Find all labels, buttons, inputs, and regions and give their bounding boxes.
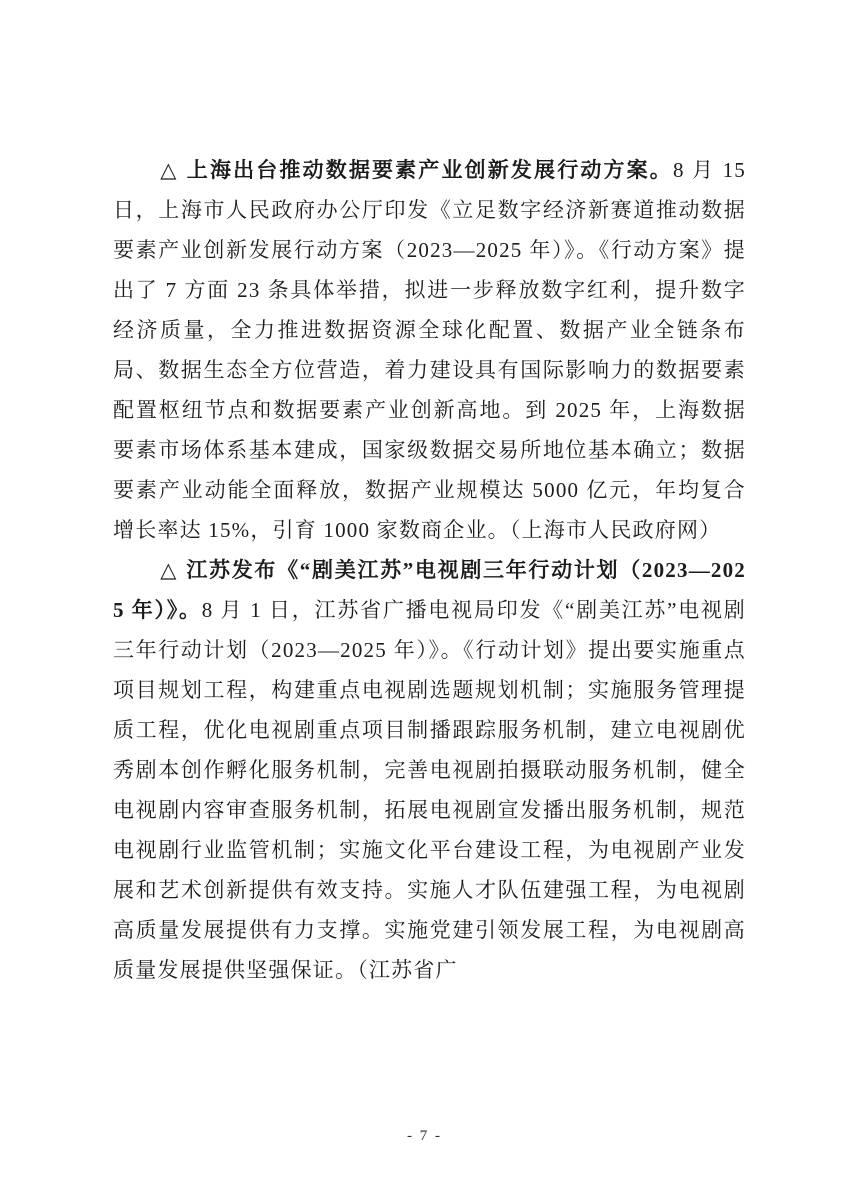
page-content: △上海出台推动数据要素产业创新发展行动方案。8 月 15 日，上海市人民政府办公…	[113, 150, 746, 990]
bulletin-body: 8 月 1 日，江苏省广播电视局印发《“剧美江苏”电视剧三年行动计划（2023—…	[113, 598, 746, 982]
triangle-marker: △	[160, 558, 177, 582]
bulletin-title: 上海出台推动数据要素产业创新发展行动方案。	[187, 158, 673, 182]
triangle-marker: △	[160, 158, 177, 182]
bulletin-body: 8 月 15 日，上海市人民政府办公厅印发《立足数字经济新赛道推动数据要素产业创…	[113, 158, 746, 542]
bulletin-item-shanghai: △上海出台推动数据要素产业创新发展行动方案。8 月 15 日，上海市人民政府办公…	[113, 150, 746, 550]
page-number: - 7 -	[0, 1126, 849, 1146]
document-page: △上海出台推动数据要素产业创新发展行动方案。8 月 15 日，上海市人民政府办公…	[0, 0, 849, 1200]
bulletin-item-jiangsu: △江苏发布《“剧美江苏”电视剧三年行动计划（2023—2025 年）》。8 月 …	[113, 550, 746, 990]
